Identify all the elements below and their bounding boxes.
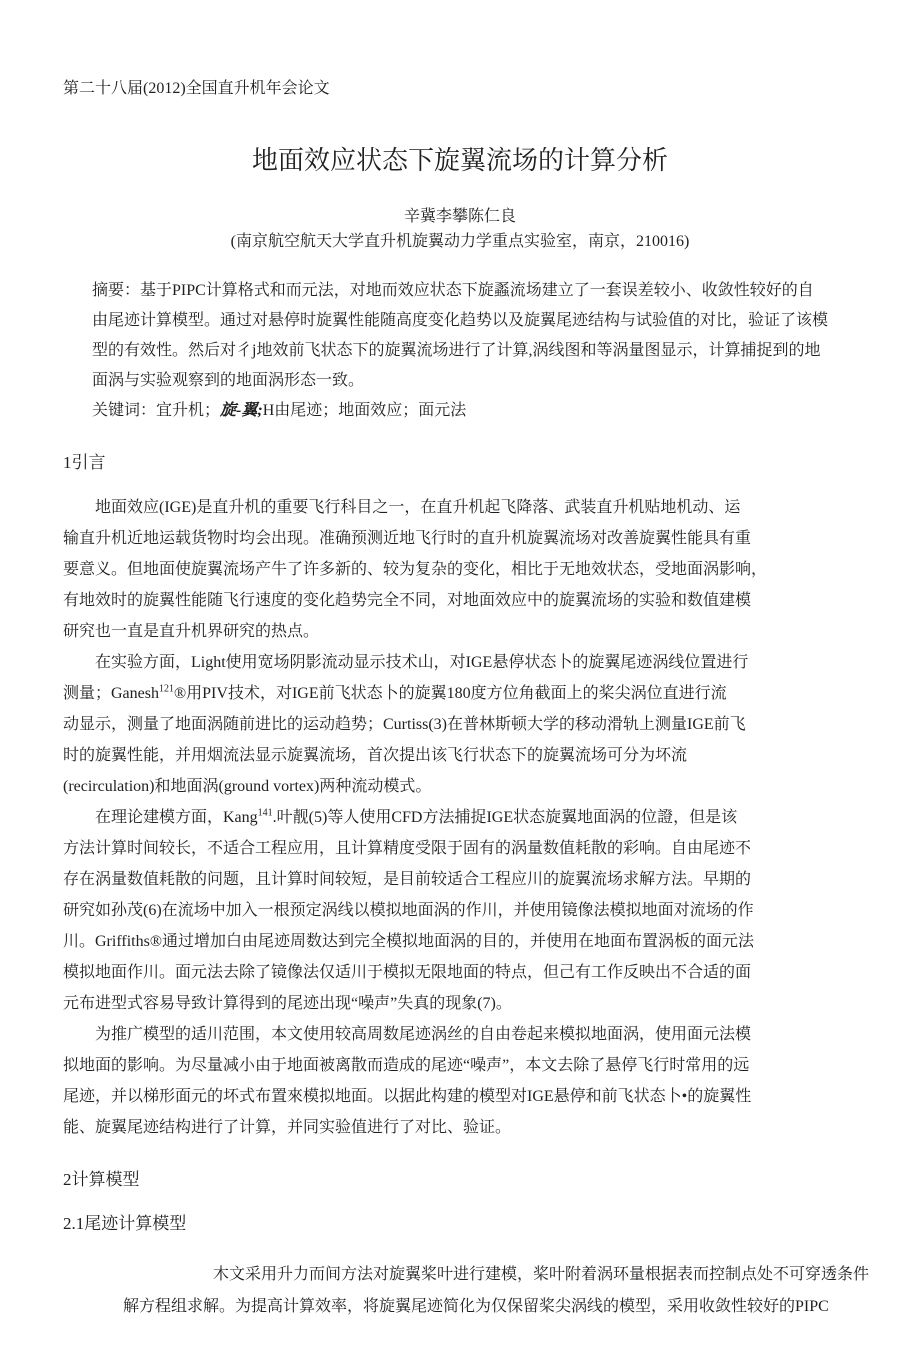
- para-line: 方法计算时间较长，不适合工程应用，且计算精度受限于固有的涡量数值耗散的彩响。自由…: [63, 833, 857, 864]
- abstract-line: 由尾迹计算模型。通过对悬停时旋翼性能随高度变化趋势以及旋翼尾迹结构与试验值的对比…: [92, 306, 857, 336]
- paper-page: 第二十八届(2012)全国直升机年会论文 地面效应状态下旋翼流场的计算分析 辛冀…: [0, 0, 920, 1323]
- para-text: 在理论建模方面，Kang: [95, 809, 258, 826]
- para-line: 模拟地面作川。面元法去除了镜像法仅适川于模拟无限地面的特点，但己有工作反映出不合…: [63, 957, 857, 988]
- para-line: 输直升机近地运载货物时均会出现。准确预测近地飞行时的直升机旋翼流场对改善旋翼性能…: [63, 523, 857, 554]
- para-line: 地面效应(IGE)是直升机的重要飞行科目之一，在直升机起飞降落、武装直升机贴地机…: [63, 492, 857, 523]
- para-line: 测量；Ganesh121®用PIV技术，对IGE前飞状态卜的旋翼180度方位角截…: [63, 678, 857, 709]
- authors: 辛冀李攀陈仁良: [63, 204, 857, 229]
- para-line: 动显示，测量了地面涡随前进比的运动趋势；Curtiss(3)在普林斯顿大学的移动…: [63, 709, 857, 740]
- journal-header: 第二十八届(2012)全国直升机年会论文: [63, 78, 857, 100]
- section-2-1-heading: 2.1尾迹计算模型: [63, 1211, 857, 1237]
- abstract-line: 摘要：基于PIPC计算格式和而元法，对地而效应状态下旋蟸流场建立了一套误差较小、…: [92, 276, 857, 306]
- abstract-line: 型的有效性。然后对彳j地效前飞状态下的旋翼流场进行了计算,涡线图和等涡量图显示，…: [92, 336, 857, 366]
- superscript-ref: 141: [258, 808, 273, 819]
- para-line: 能、旋翼尾迹结构进行了计算，并同实验值进行了对比、验证。: [63, 1112, 857, 1143]
- section-1-heading: 1引言: [63, 450, 857, 476]
- para-line: 元布进型式容易导致计算得到的尾迹出现“噪声”失真的现象(7)。: [63, 988, 857, 1019]
- affiliation: (南京航空航天大学直升机旋翼动力学重点实验室，南京，210016): [63, 229, 857, 254]
- keywords-prefix: 关键词：宜升机；: [92, 402, 220, 419]
- para-text: .叶靓(5)等人使用CFD方法捕捉IGE状态旋翼地面涡的位證，但是该: [273, 809, 737, 826]
- para-line: 存在涡量数值耗散的问题，且计算时间较短，是目前较适合工程应川的旋翼流场求解方法。…: [63, 864, 857, 895]
- para-line: 为推广模型的适川范围，本文使用较高周数尾迹涡丝的自由卷起来模拟地面涡，使用面元法…: [63, 1019, 857, 1050]
- section-2-heading: 2计算模型: [63, 1167, 857, 1193]
- para-line: 在理论建模方面，Kang141.叶靓(5)等人使用CFD方法捕捉IGE状态旋翼地…: [63, 802, 857, 833]
- para-line: 研究也一直是直升机界研究的热点。: [63, 616, 857, 647]
- para-line: 时的旋翼性能，并用烟流法显示旋翼流场，首次提出该飞行状态下的旋翼流场可分为坏流: [63, 740, 857, 771]
- superscript-ref: 121: [159, 684, 174, 695]
- para-line: 要意义。但地面使旋翼流场产牛了许多新的、较为复杂的变化，相比于无地效状态，受地面…: [63, 554, 857, 585]
- para-line: 川。Griffiths®通过增加白由尾迹周数达到完全模拟地面涡的目的，并使用在地…: [63, 926, 857, 957]
- para-line: 有地效时的旋翼性能随飞行速度的变化趋势完全不同，对地面效应中的旋翼流场的实验和数…: [63, 585, 857, 616]
- para-text: 测量；Ganesh: [63, 685, 159, 702]
- para-line: 拟地面的影响。为尽量减小由于地面被离散而造成的尾迹“噪声”，本文去除了悬停飞行时…: [63, 1050, 857, 1081]
- para-text: ®用PIV技术，对IGE前飞状态卜的旋翼180度方位角截面上的桨尖涡位直进行流: [174, 685, 727, 702]
- keyword-emphasis: 旋-翼;: [220, 402, 263, 419]
- para-line: 木文采用升力而间方法对旋翼桨叶进行建模，桨叶附着涡环量根据表而控制点处不可穿透条…: [213, 1259, 857, 1291]
- abstract-block: 摘要：基于PIPC计算格式和而元法，对地而效应状态下旋蟸流场建立了一套误差较小、…: [92, 276, 857, 396]
- abstract-line: 面涡与实验观察到的地面涡形态一致。: [92, 366, 857, 396]
- paper-title: 地面效应状态下旋翼流场的计算分析: [63, 144, 857, 178]
- section-1-body: 地面效应(IGE)是直升机的重要飞行科目之一，在直升机起飞降落、武装直升机贴地机…: [63, 492, 857, 1143]
- para-line: 在实验方面，Light使用宽场阴影流动显示技术山，对IGE悬停状态卜的旋翼尾迹涡…: [63, 647, 857, 678]
- keywords-line: 关键词：宜升机；旋-翼;H由尾迹；地面效应；面元法: [92, 396, 857, 426]
- para-line: (recirculation)和地面涡(ground vortex)两种流动模式…: [63, 771, 857, 802]
- para-line: 解方程组求解。为提高计算效率，将旋翼尾迹简化为仅保留桨尖涡线的模型，采用收敛性较…: [123, 1291, 857, 1323]
- section-2-1-body: 木文采用升力而间方法对旋翼桨叶进行建模，桨叶附着涡环量根据表而控制点处不可穿透条…: [63, 1259, 857, 1323]
- keywords-suffix: H由尾迹；地面效应；面元法: [263, 402, 467, 419]
- para-line: 尾迹，并以梯形面元的坏式布置來模拟地面。以据此构建的模型对IGE悬停和前飞状态卜…: [63, 1081, 857, 1112]
- para-line: 研究如孙茂(6)在流场中加入一根预定涡线以模拟地面涡的作川，并使用镜像法模拟地面…: [63, 895, 857, 926]
